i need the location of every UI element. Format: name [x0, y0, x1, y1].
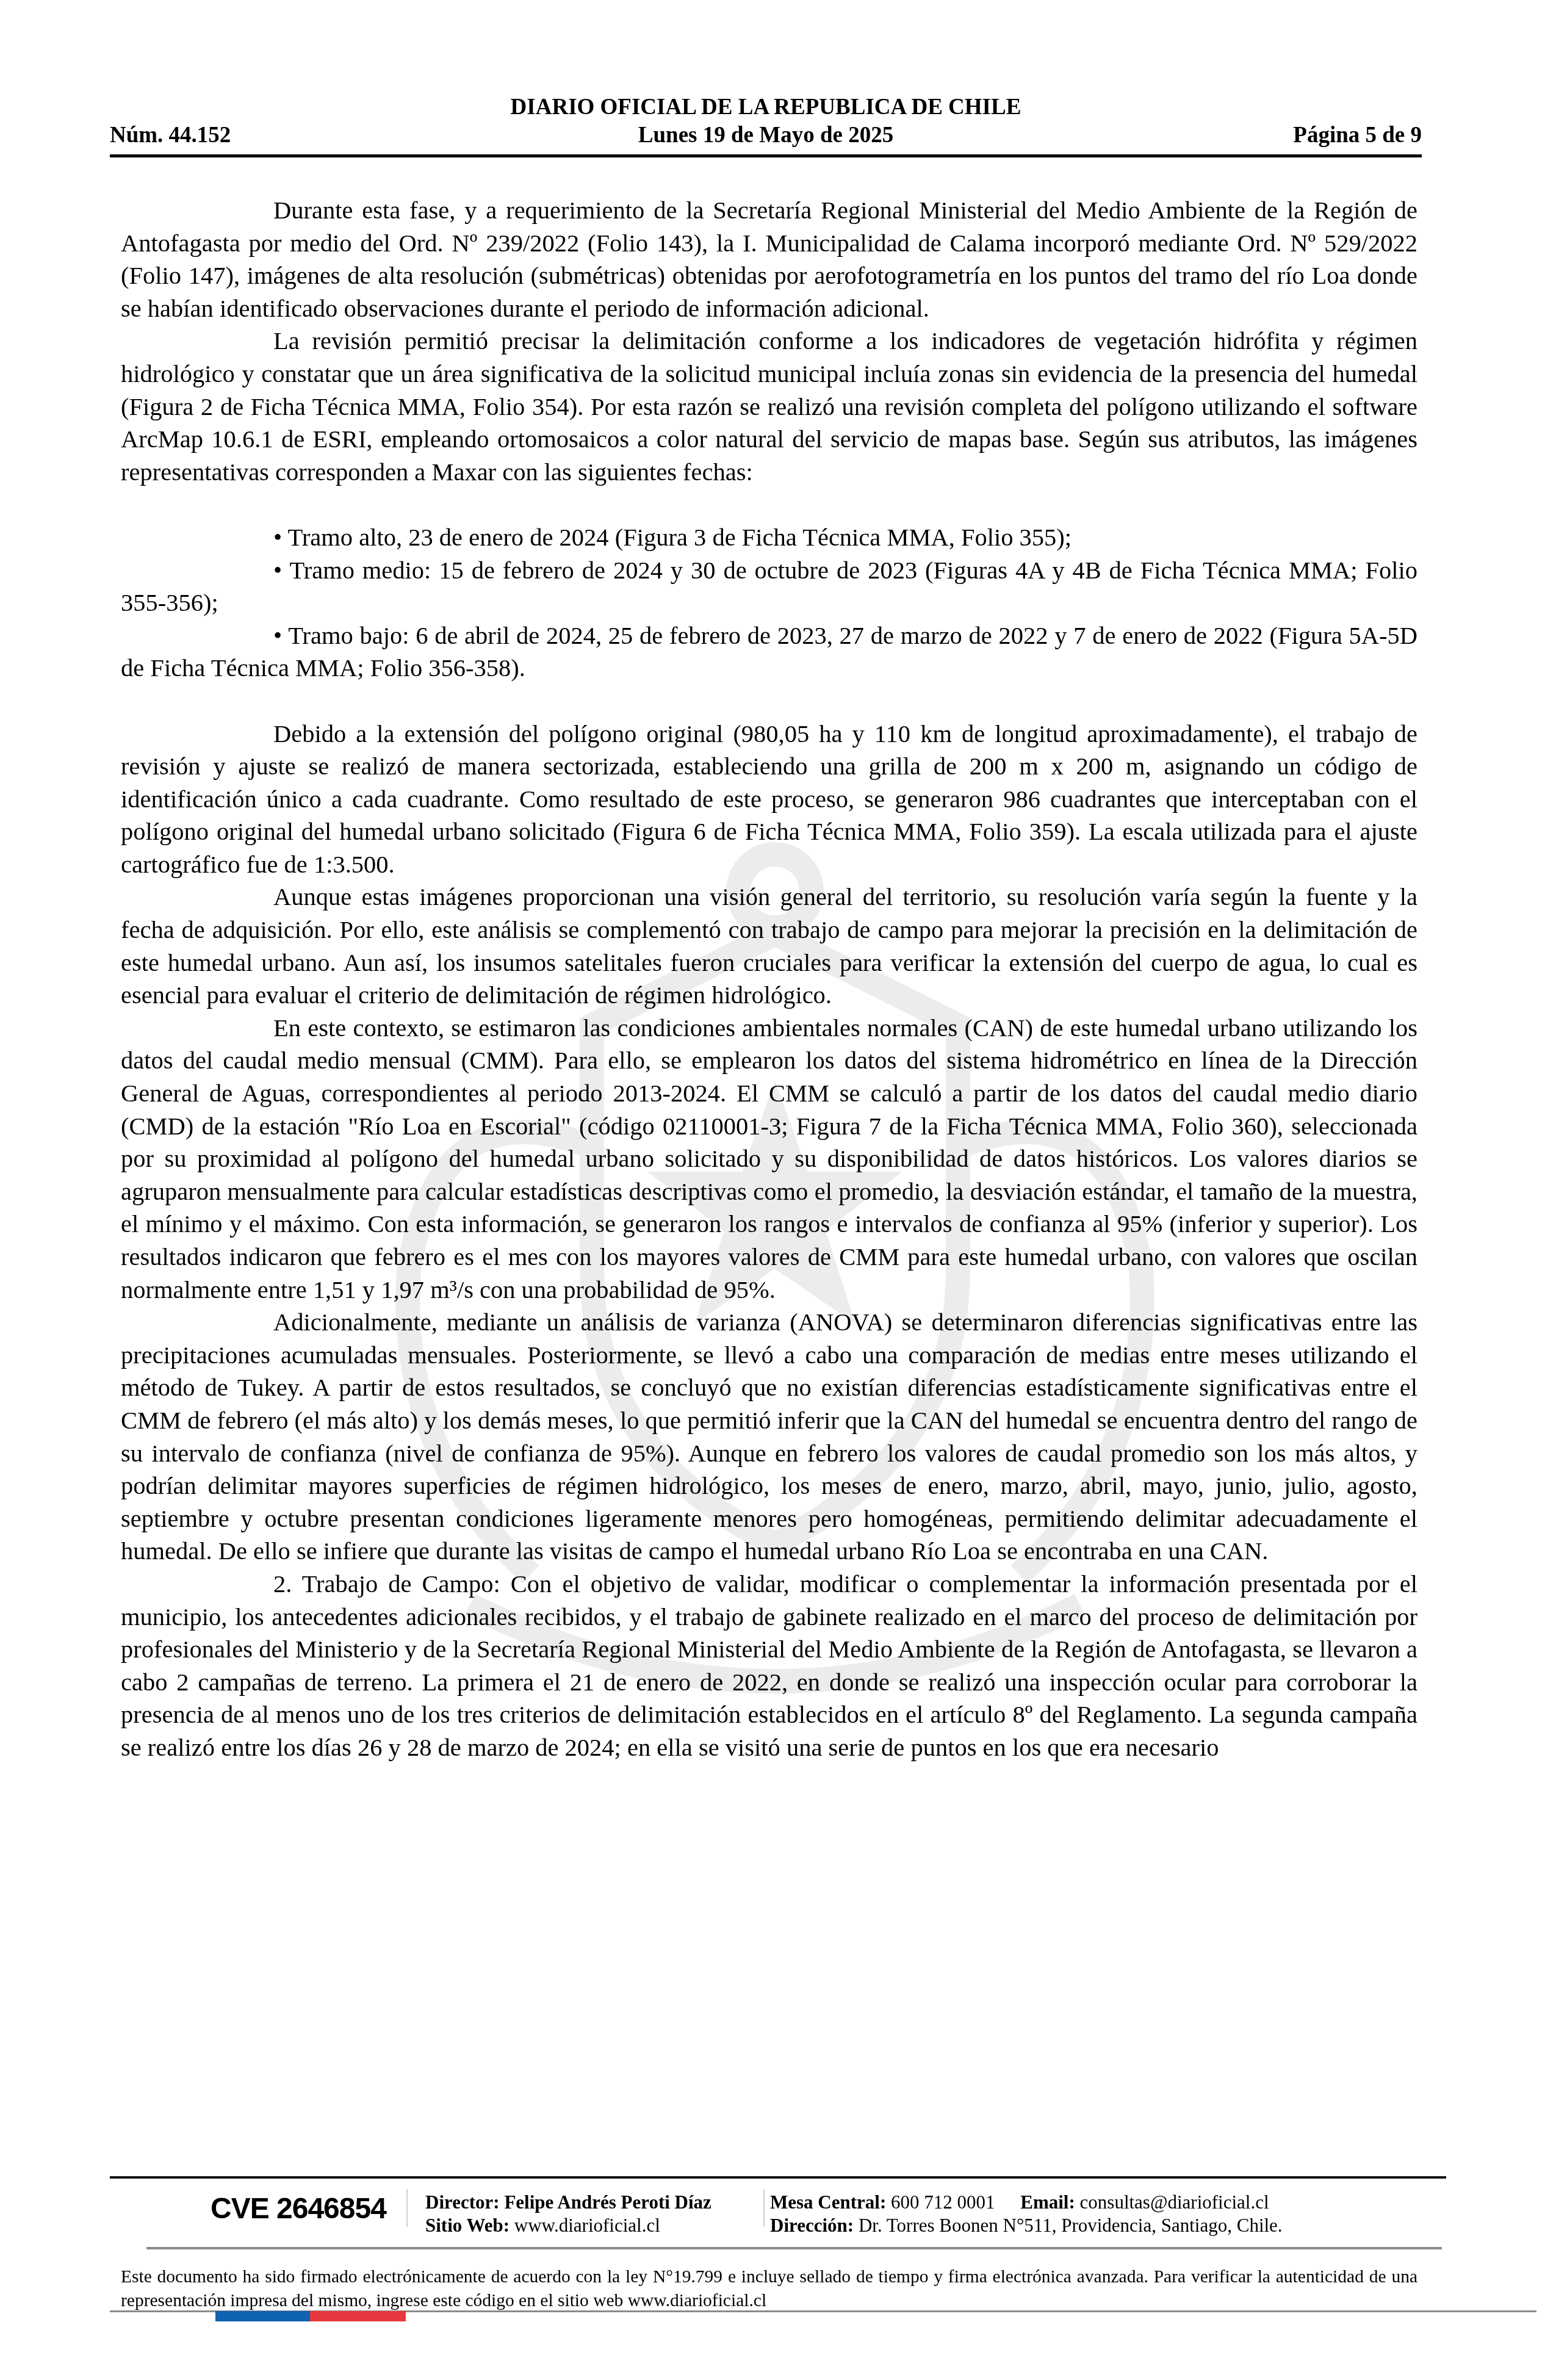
footer-director-info: Director: Felipe Andrés Peroti Díaz Siti… [425, 2191, 711, 2237]
paragraph: Debido a la extensión del polígono origi… [121, 718, 1417, 881]
issue-date: Lunes 19 de Mayo de 2025 [110, 122, 1422, 148]
email-link[interactable]: consultas@diarioficial.cl [1080, 2191, 1269, 2213]
website-link[interactable]: www.diarioficial.cl [514, 2215, 660, 2236]
paragraph: En este contexto, se estimaron las condi… [121, 1012, 1417, 1306]
website-label: Sitio Web: [425, 2215, 510, 2236]
header-divider [110, 154, 1422, 157]
footer-separator [406, 2189, 408, 2227]
footer-separator [763, 2189, 765, 2227]
paragraph: La revisión permitió precisar la delimit… [121, 325, 1417, 488]
newspaper-title: DIARIO OFICIAL DE LA REPUBLICA DE CHILE [110, 94, 1422, 120]
document-body: Durante esta fase, y a requerimiento de … [121, 194, 1417, 1764]
bullet-item: • Tramo alto, 23 de enero de 2024 (Figur… [121, 521, 1417, 554]
phone-number: 600 712 0001 [891, 2191, 995, 2213]
bullet-item: • Tramo bajo: 6 de abril de 2024, 25 de … [121, 619, 1417, 685]
paragraph: Adicionalmente, mediante un análisis de … [121, 1306, 1417, 1568]
page-header: DIARIO OFICIAL DE LA REPUBLICA DE CHILE … [110, 92, 1422, 153]
flag-stripe-red [310, 2311, 406, 2321]
director-label: Director: [425, 2191, 500, 2213]
paragraph: 2. Trabajo de Campo: Con el objetivo de … [121, 1568, 1417, 1764]
footer-divider [110, 2176, 1446, 2179]
legal-notice: Este documento ha sido firmado electróni… [121, 2265, 1417, 2313]
footer-divider [146, 2247, 1442, 2249]
address: Dr. Torres Boonen N°511, Providencia, Sa… [859, 2215, 1283, 2236]
bullet-item: • Tramo medio: 15 de febrero de 2024 y 3… [121, 554, 1417, 619]
flag-stripe-blue [215, 2311, 310, 2321]
footer-contact-info: Mesa Central: 600 712 0001 Email: consul… [770, 2191, 1283, 2237]
director-name: Felipe Andrés Peroti Díaz [504, 2191, 711, 2213]
email-label: Email: [1020, 2191, 1075, 2213]
page-indicator: Página 5 de 9 [1293, 122, 1422, 148]
cve-code: CVE 2646854 [211, 2192, 386, 2226]
phone-label: Mesa Central: [770, 2191, 886, 2213]
paragraph: Durante esta fase, y a requerimiento de … [121, 194, 1417, 325]
paragraph: Aunque estas imágenes proporcionan una v… [121, 881, 1417, 1011]
address-label: Dirección: [770, 2215, 854, 2236]
